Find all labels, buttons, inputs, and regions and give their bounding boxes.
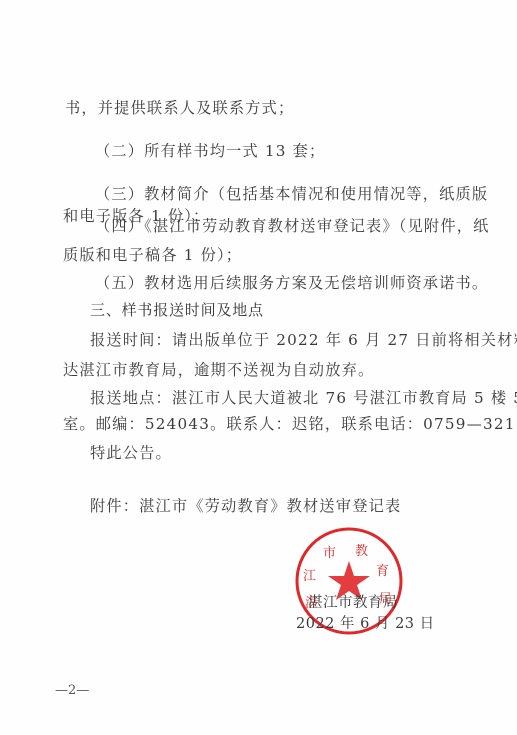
body-line: （三）教材简介（包括基本情况和使用情况等，纸质版 <box>95 184 488 204</box>
page-number: —2— <box>55 683 89 698</box>
body-line: 质版和电子稿各 1 份）； <box>63 245 242 265</box>
body-line: 书，并提供联系人及联系方式； <box>65 98 294 118</box>
body-line: （二）所有样书均一式 13 套； <box>95 141 325 161</box>
section-line: 室。邮编：524043。联系人：迟铭，联系电话：0759—3211056。 <box>63 414 517 434</box>
body-line: （五）教材选用后续服务方案及无偿培训师资承诺书。 <box>95 273 488 293</box>
signature-date: 2022 年 6 月 23 日 <box>296 612 435 633</box>
svg-text:市: 市 <box>323 546 336 561</box>
signature-organization: 湛江市教育局 <box>308 591 398 612</box>
section-line: 报送时间：请出版单位于 2022 年 6 月 27 日前将相关材料送 <box>90 330 517 350</box>
attachment-line: 附件：湛江市《劳动教育》教材送审登记表 <box>90 496 401 516</box>
section-line: 特此公告。 <box>90 443 172 463</box>
svg-text:育: 育 <box>376 563 389 579</box>
svg-text:教: 教 <box>355 543 368 559</box>
section-line: 达湛江市教育局，逾期不送视为自动放弃。 <box>63 360 374 380</box>
section-line: 报送地点：湛江市人民大道被北 76 号湛江市教育局 5 楼 509 <box>90 388 517 408</box>
svg-text:江: 江 <box>303 569 316 584</box>
section-heading: 三、样书报送时间及地点 <box>90 300 264 320</box>
body-line: （四）《湛江市劳动教育教材送审登记表》（见附件，纸 <box>95 216 490 236</box>
document-page: 书，并提供联系人及联系方式； （二）所有样书均一式 13 套； （三）教材简介（… <box>0 0 517 735</box>
